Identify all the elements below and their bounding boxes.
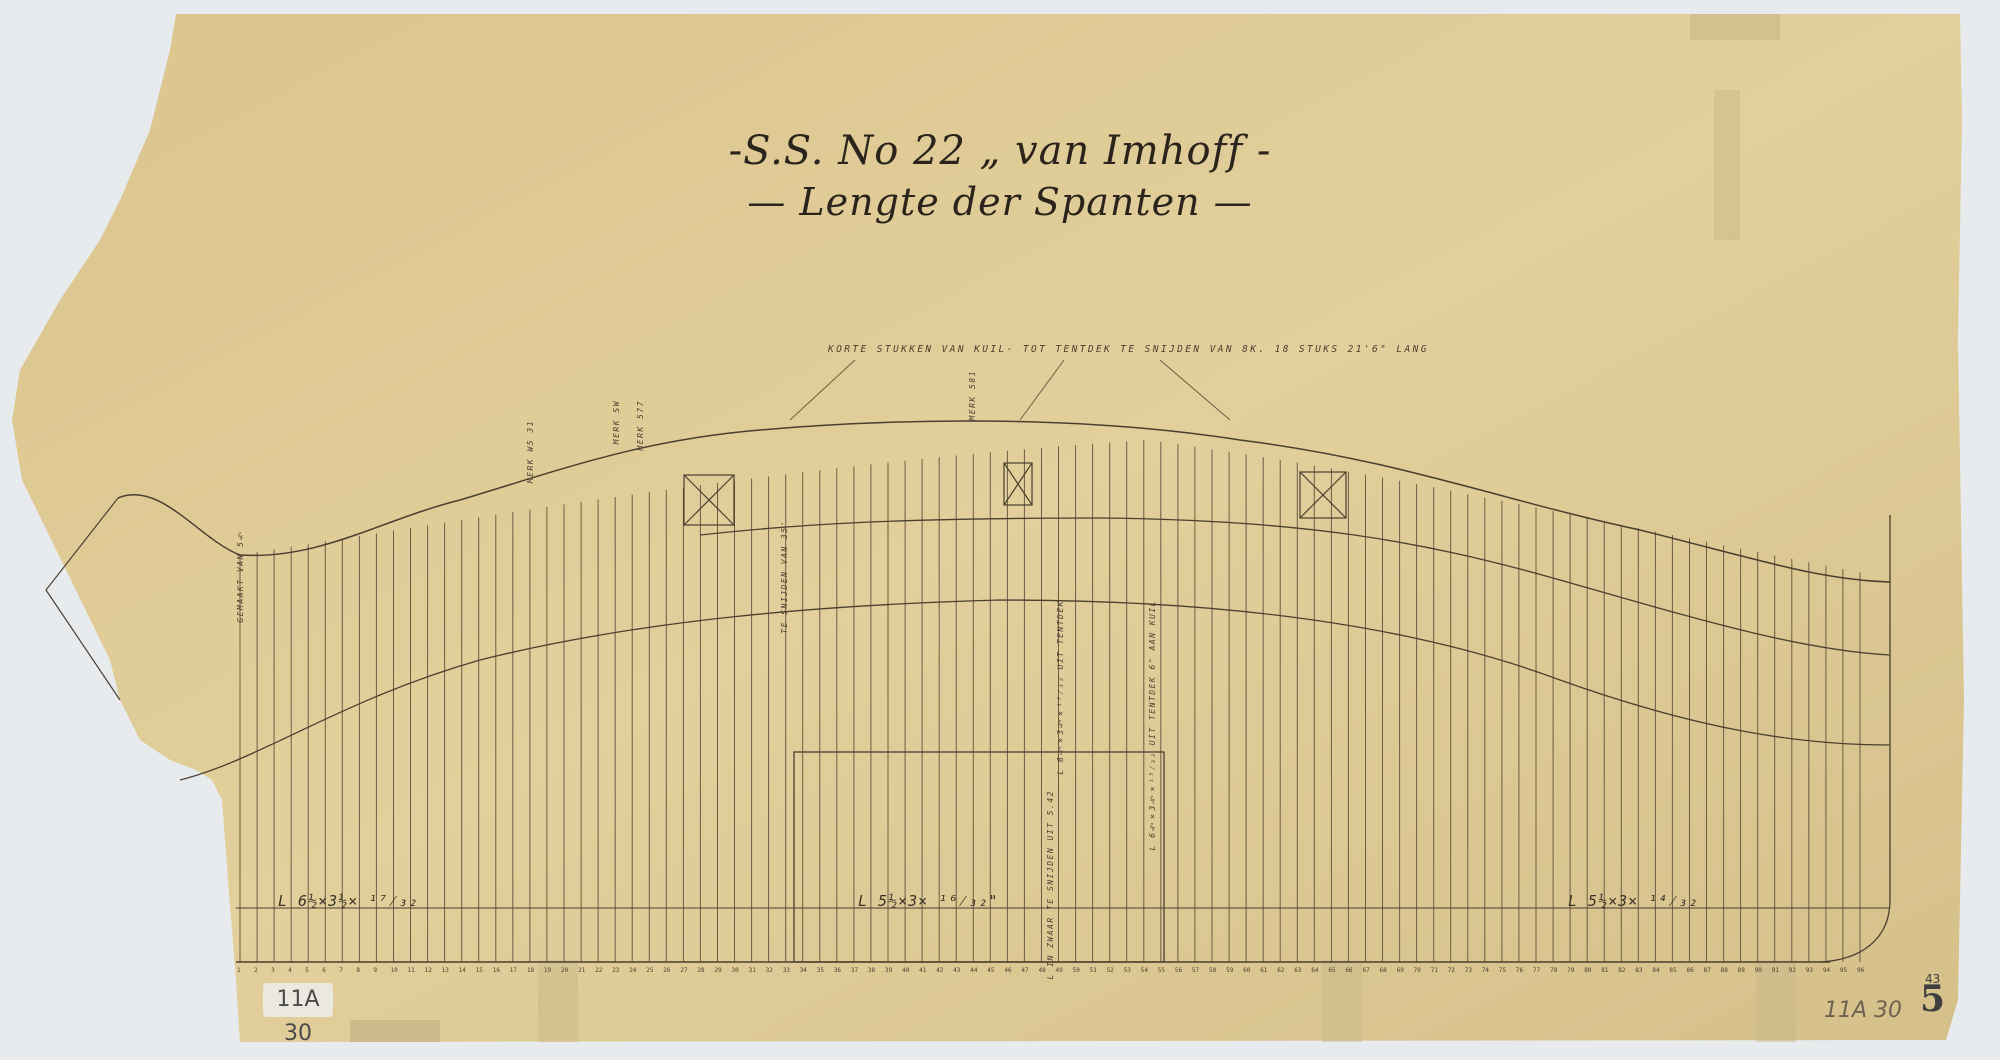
frame-number: 81 [1601, 967, 1609, 974]
vertical-note: MERK 581 [968, 370, 977, 421]
frame-number: 18 [527, 967, 535, 974]
frame-number: 70 [1414, 967, 1422, 974]
frame-number: 14 [459, 967, 467, 974]
frame-number: 43 [953, 967, 961, 974]
angle-label-forward: L 6½×3½× ¹⁷⁄₃₂ [278, 892, 418, 911]
frame-number: 58 [1209, 967, 1217, 974]
frame-number: 84 [1652, 967, 1660, 974]
frame-number: 36 [834, 967, 842, 974]
frame-number: 73 [1465, 967, 1473, 974]
frame-number: 37 [851, 967, 859, 974]
frame-number: 49 [1056, 967, 1064, 974]
frame-number: 60 [1243, 967, 1251, 974]
vertical-note: MERK SW [612, 400, 621, 444]
frame-number: 89 [1738, 967, 1746, 974]
frame-number: 26 [663, 967, 671, 974]
vertical-note: MERK W5 31 [526, 420, 535, 483]
frame-number: 10 [391, 967, 399, 974]
frame-number: 95 [1840, 967, 1848, 974]
frame-number: 78 [1550, 967, 1558, 974]
frame-number: 92 [1789, 967, 1797, 974]
frame-number: 19 [544, 967, 552, 974]
frame-number: 45 [987, 967, 995, 974]
frame-number: 48 [1039, 967, 1047, 974]
frame-number: 93 [1806, 967, 1814, 974]
catalog-label: 11A 30 [263, 983, 333, 1017]
frame-number: 79 [1567, 967, 1575, 974]
frame-number: 69 [1397, 967, 1405, 974]
frame-number: 9 [373, 967, 377, 974]
frame-number: 32 [766, 967, 774, 974]
frame-number: 57 [1192, 967, 1200, 974]
frame-number: 72 [1448, 967, 1456, 974]
frame-number: 6 [322, 967, 326, 974]
frame-number: 82 [1618, 967, 1626, 974]
frame-number: 8 [356, 967, 360, 974]
frame-number: 76 [1516, 967, 1524, 974]
frame-number: 96 [1857, 967, 1865, 974]
frame-number: 66 [1345, 967, 1353, 974]
frame-number: 29 [715, 967, 723, 974]
frame-number: 27 [680, 967, 688, 974]
vertical-note: GEMAAKT VAN 5½ [236, 530, 245, 623]
frame-number: 94 [1823, 967, 1831, 974]
frame-number: 53 [1124, 967, 1132, 974]
frame-number: 46 [1004, 967, 1012, 974]
frame-number: 51 [1090, 967, 1098, 974]
frame-number: 39 [885, 967, 893, 974]
frame-number: 16 [493, 967, 501, 974]
frame-number: 5 [305, 967, 309, 974]
angle-label-aft: L 5½×3× ¹⁴⁄₃₂ [1568, 892, 1698, 911]
frame-number: 62 [1277, 967, 1285, 974]
frame-number: 24 [629, 967, 637, 974]
frame-number: 67 [1363, 967, 1371, 974]
frame-number: 85 [1669, 967, 1677, 974]
frame-number: 55 [1158, 967, 1166, 974]
frame-number: 42 [936, 967, 944, 974]
frame-number: 86 [1687, 967, 1695, 974]
frame-number: 38 [868, 967, 876, 974]
frame-number: 13 [442, 967, 450, 974]
pencil-id: 11A 30 [1824, 998, 1902, 1023]
frame-number: 33 [783, 967, 791, 974]
angle-label-mid: L 5½×3× ¹⁶⁄₃₂" [858, 892, 998, 911]
frame-number: 64 [1311, 967, 1319, 974]
frame-number: 3 [271, 967, 275, 974]
frame-number: 80 [1584, 967, 1592, 974]
sheet-number: 5 [1920, 978, 1945, 1020]
frame-number: 1 [237, 967, 241, 974]
frame-number: 20 [561, 967, 569, 974]
drawing-subtitle: — Lengte der Spanten — [0, 180, 2000, 224]
frame-number: 23 [612, 967, 620, 974]
frame-number: 90 [1755, 967, 1763, 974]
frame-number: 21 [578, 967, 586, 974]
vertical-note: TE SNIJDEN VAN 35' [780, 520, 789, 634]
frame-number: 68 [1380, 967, 1388, 974]
frame-number: 44 [970, 967, 978, 974]
frame-number: 74 [1482, 967, 1490, 974]
vertical-note: L 6½×3½×¹⁵⁄₃₂ UIT TENTDEK 6" AAN KUIL [1148, 600, 1157, 850]
frame-number: 52 [1107, 967, 1115, 974]
frame-number: 30 [732, 967, 740, 974]
cutting-note: KORTE STUKKEN VAN KUIL- TOT TENTDEK TE S… [828, 344, 1429, 355]
frame-number: 50 [1073, 967, 1081, 974]
frame-number: 56 [1175, 967, 1183, 974]
frame-number: 7 [339, 967, 343, 974]
frame-number: 31 [749, 967, 757, 974]
frame-number: 12 [425, 967, 433, 974]
frame-number: 75 [1499, 967, 1507, 974]
frame-number: 83 [1635, 967, 1643, 974]
frame-number: 87 [1704, 967, 1712, 974]
vertical-note: MERK 577 [636, 400, 645, 451]
frame-number: 28 [697, 967, 705, 974]
frame-number: 35 [817, 967, 825, 974]
frame-number: 54 [1141, 967, 1149, 974]
frame-number: 77 [1533, 967, 1541, 974]
frame-number: 71 [1431, 967, 1439, 974]
frame-number: 41 [919, 967, 927, 974]
frame-number: 65 [1328, 967, 1336, 974]
frame-number: 63 [1294, 967, 1302, 974]
frame-number: 47 [1021, 967, 1029, 974]
frame-number: 59 [1226, 967, 1234, 974]
drawing-title: -S.S. No 22 „ van Imhoff - [0, 128, 2000, 174]
frame-number: 61 [1260, 967, 1268, 974]
drawing-sheet: 1234567891011121314151617181920212223242… [0, 0, 2000, 1060]
frame-number: 2 [254, 967, 258, 974]
frame-number: 25 [646, 967, 654, 974]
frame-number: 11 [408, 967, 416, 974]
frame-number: 17 [510, 967, 518, 974]
vertical-note: L 6½×3½×¹⁷⁄₃₂ UIT TENTDEK [1056, 600, 1065, 775]
frame-number: 34 [800, 967, 808, 974]
frame-number: 40 [902, 967, 910, 974]
frame-number: 15 [476, 967, 484, 974]
frame-number: 88 [1721, 967, 1729, 974]
frame-number: 4 [288, 967, 292, 974]
vertical-note: L IN ZWAAR TE SNIJDEN UIT 5.42 [1046, 790, 1055, 980]
frame-number: 22 [595, 967, 603, 974]
frame-number: 91 [1772, 967, 1780, 974]
